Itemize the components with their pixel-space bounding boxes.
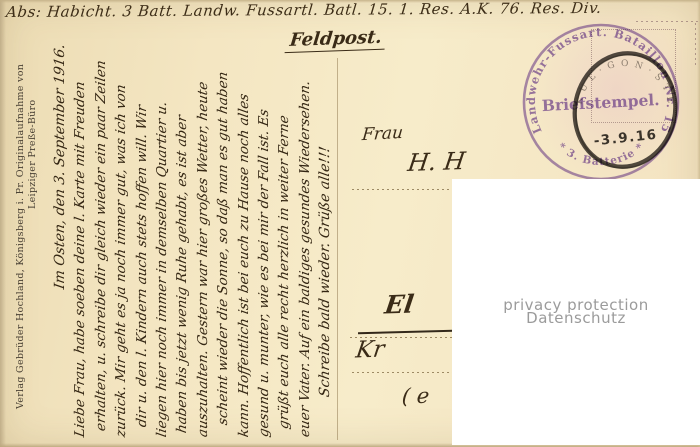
publisher-line-2: Leipziger Preße-Büro	[27, 49, 38, 409]
publisher-imprint: Verlag Gebrüder Hochland, Königsberg i. …	[15, 49, 47, 409]
message-line: kann. Hoffentlich ist bei euch zu Hause …	[234, 36, 254, 438]
handwritten-message: Im Osten, den 3. September 1916. Liebe F…	[50, 38, 336, 437]
message-line: zurück. Mir geht es ja noch immer gut, w…	[111, 36, 131, 438]
address-dotted-line	[352, 372, 452, 373]
message-line: liegen hier noch immer in demselben Quar…	[152, 36, 172, 438]
message-line: grüßt euch alle recht herzlich in weiter…	[274, 36, 294, 438]
privacy-overlay-line2: Datenschutz	[526, 312, 626, 325]
message-line: gesund u. munter, wie es bei mir der Fal…	[254, 36, 274, 438]
address-paren-partial: ( e	[401, 384, 430, 409]
postcard-scan: Abs: Habicht. 3 Batt. Landw. Fussartl. B…	[0, 0, 700, 447]
address-salutation: Frau	[361, 123, 404, 145]
message-line: erhalten, u. schreibe dir gleich wieder …	[91, 36, 111, 438]
message-line: Schreibe bald wieder. Grüße alle!!!	[315, 36, 335, 438]
postcard-divider-line	[337, 58, 338, 440]
message-line: euer Vater. Auf ein baldiges gesundes Wi…	[295, 36, 315, 438]
scan-edge-left	[0, 0, 6, 447]
message-line: Im Osten, den 3. September 1916.	[50, 36, 70, 438]
black-date-postmark: K U L · G O N · S T E -3.9.16	[558, 42, 698, 182]
address-city-partial: El	[383, 289, 416, 319]
message-line: dir u. den l. Kindern auch stets hoffen …	[132, 36, 152, 438]
privacy-overlay: privacy protection Datenschutz	[452, 179, 700, 445]
message-line: haben bis jetzt wenig Ruhe gehabt, es is…	[172, 36, 192, 438]
address-dotted-line	[352, 189, 452, 190]
publisher-line-1: Verlag Gebrüder Hochland, Königsberg i. …	[15, 49, 26, 409]
message-line: scheint wieder die Sonne, so daß man es …	[213, 36, 233, 438]
address-city-underline	[358, 330, 453, 334]
message-line: auszuhalten. Gestern war hier großes Wet…	[193, 36, 213, 438]
postmark-date: -3.9.16	[593, 127, 658, 150]
address-name-partial: H. H	[406, 147, 467, 177]
message-line: Liebe Frau, habe soeben deine l. Karte m…	[70, 36, 90, 438]
address-street-partial: Kr	[354, 336, 386, 363]
